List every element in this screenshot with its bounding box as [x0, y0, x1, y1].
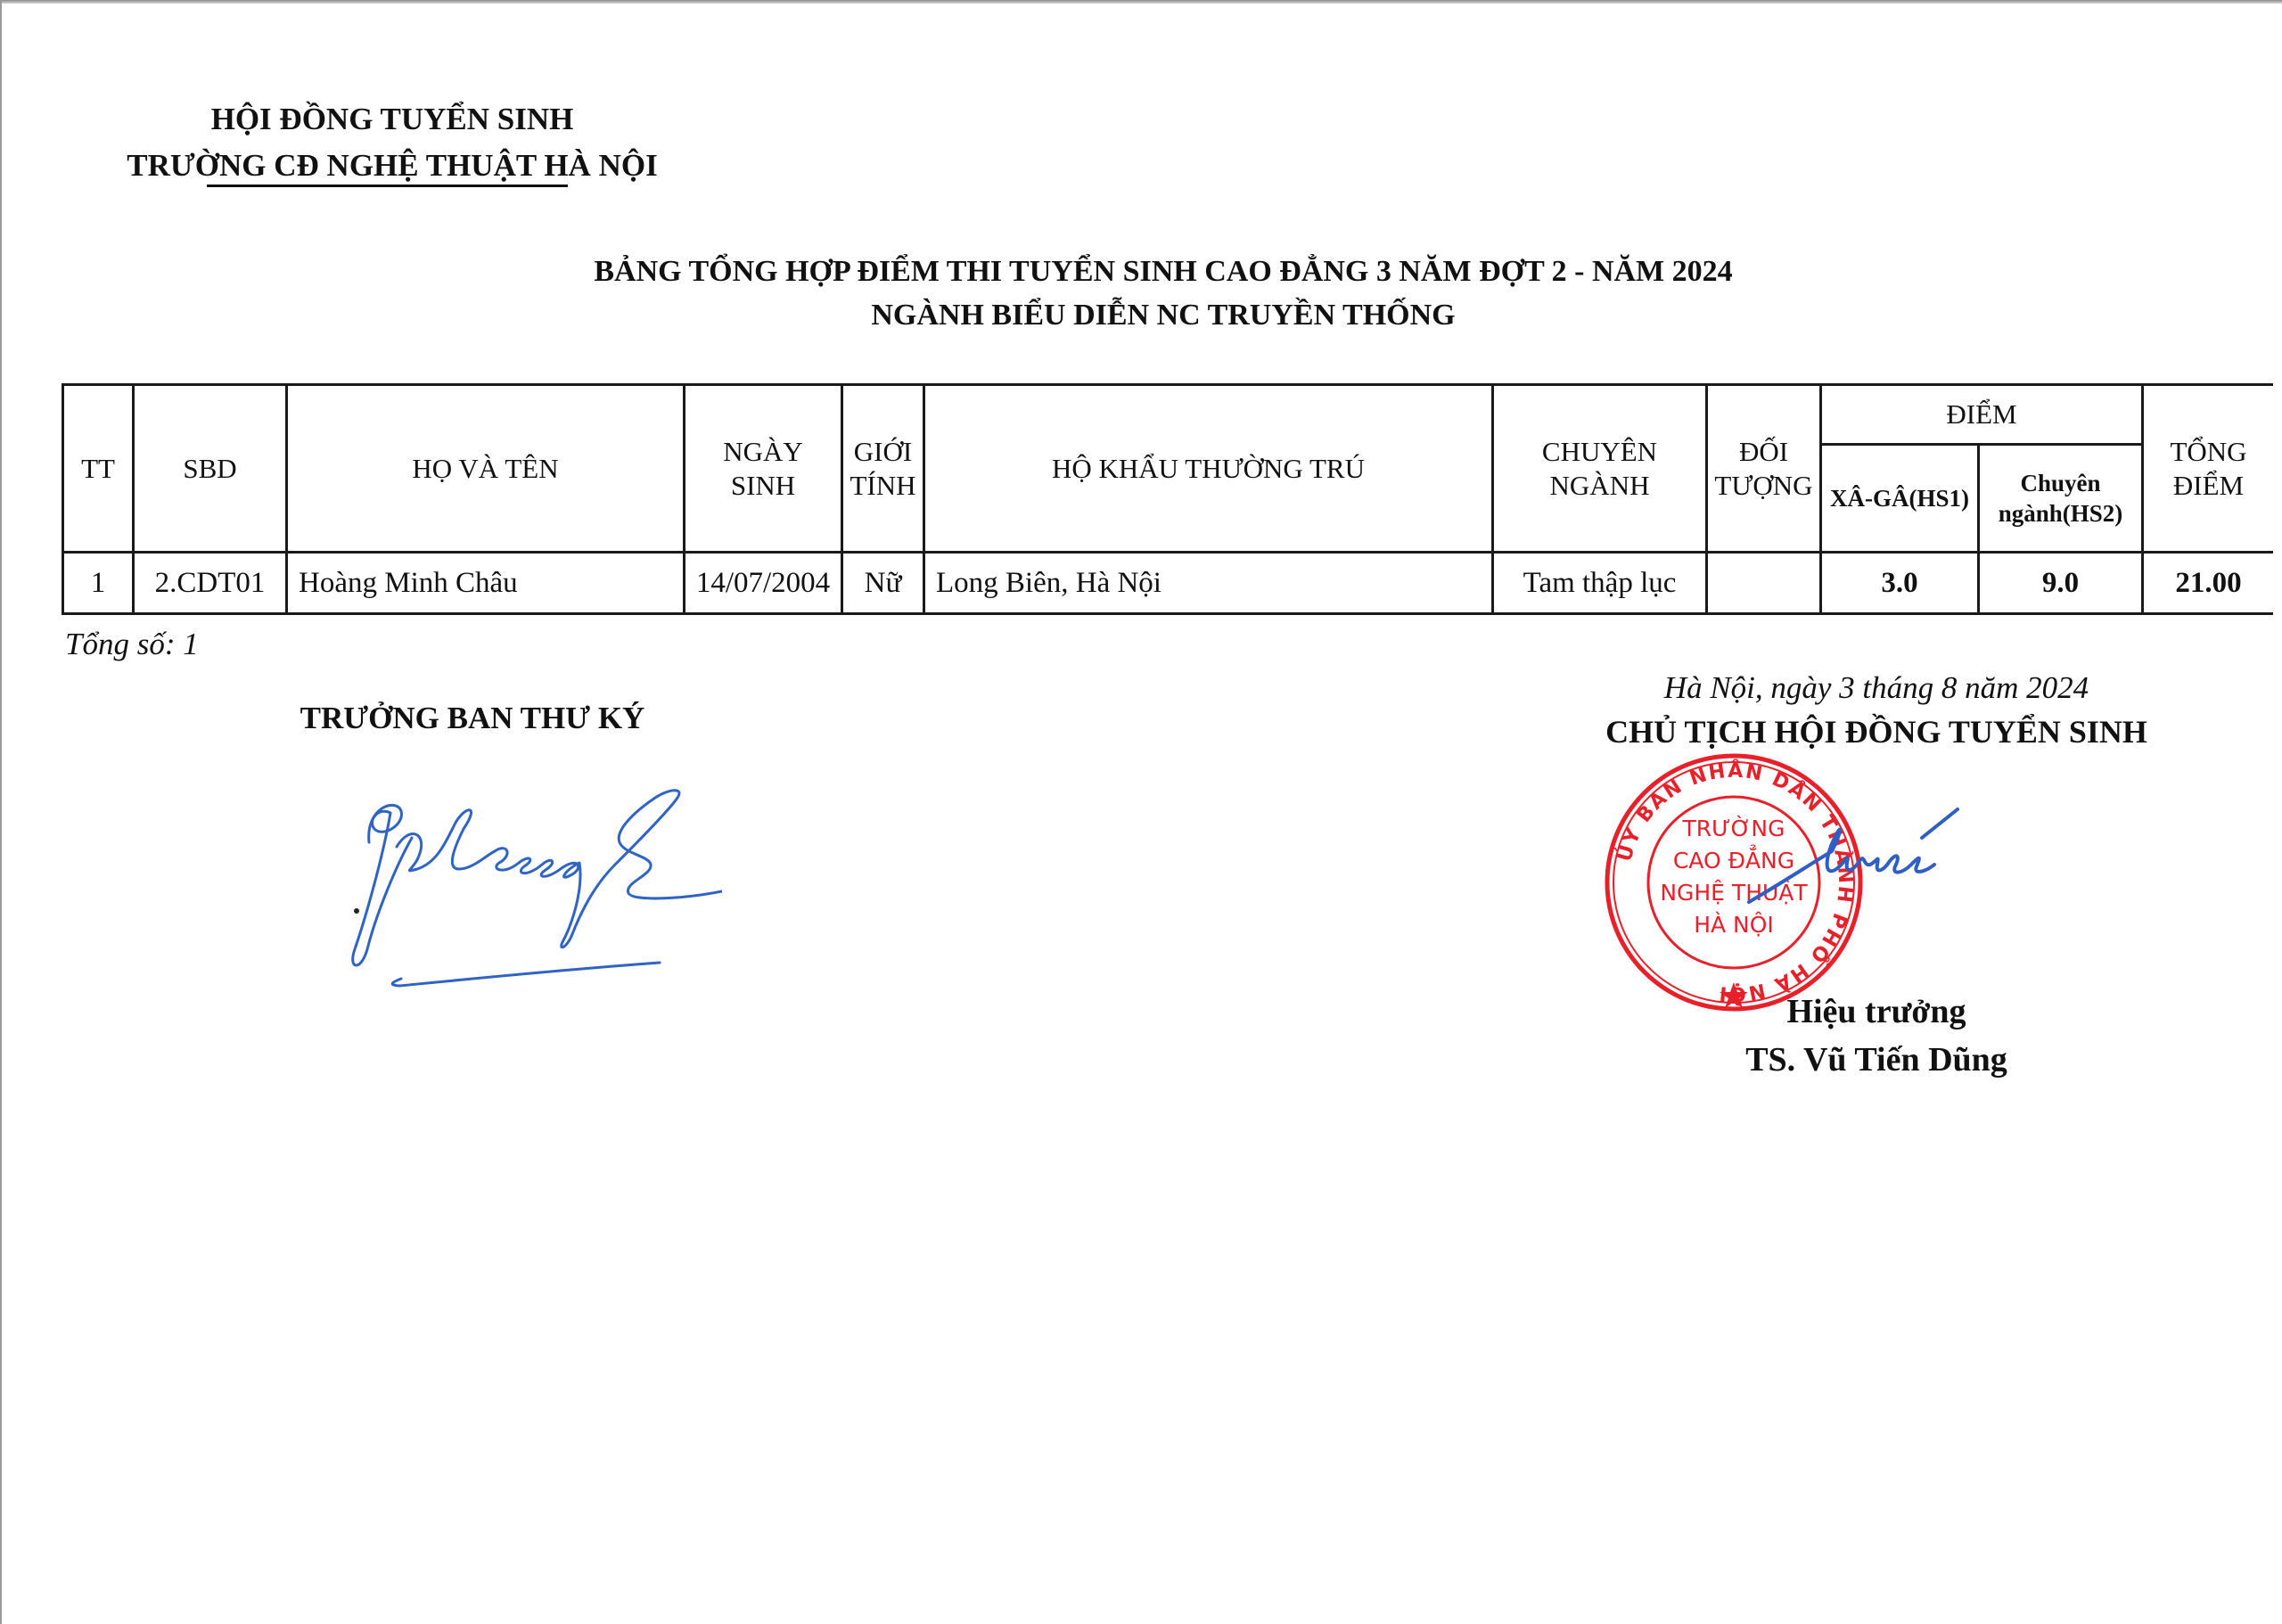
secretary-signature-icon	[312, 758, 722, 989]
col-header-score2-line2: ngành(HS2)	[1980, 498, 2141, 529]
cell-score2: 9.0	[1979, 553, 2143, 614]
header-underline	[207, 185, 568, 187]
official-position: Hiệu trưởng	[1658, 988, 2095, 1036]
school-name: TRƯỜNG CĐ NGHỆ THUẬT HÀ NỘI	[116, 143, 669, 189]
col-header-major-line2: NGÀNH	[1494, 469, 1705, 503]
cell-address: Long Biên, Hà Nội	[924, 553, 1493, 614]
organization-header: HỘI ĐỒNG TUYỂN SINH TRƯỜNG CĐ NGHỆ THUẬT…	[116, 96, 669, 189]
col-header-object: ĐỐI TƯỢNG	[1707, 385, 1821, 553]
table-header-row: TT SBD HỌ VÀ TÊN NGÀY SINH GIỚI TÍNH HỘ …	[63, 385, 2274, 445]
results-table: TT SBD HỌ VÀ TÊN NGÀY SINH GIỚI TÍNH HỘ …	[62, 383, 2273, 615]
scan-edge-left	[0, 0, 2, 1624]
table-row: 1 2.CDT01 Hoàng Minh Châu 14/07/2004 Nữ …	[63, 553, 2274, 614]
col-header-dob-line2: SINH	[685, 469, 841, 503]
col-header-dob: NGÀY SINH	[685, 385, 842, 553]
cell-sex: Nữ	[842, 553, 924, 614]
cell-tt: 1	[63, 553, 134, 614]
cell-dob: 14/07/2004	[685, 553, 842, 614]
official-block: Hiệu trưởng TS. Vũ Tiến Dũng	[1658, 988, 2095, 1084]
col-header-total-line1: TỔNG	[2144, 435, 2273, 469]
col-header-score-group: ĐIỂM	[1821, 385, 2143, 445]
col-header-total-line2: ĐIỂM	[2144, 469, 2273, 503]
cell-score1: 3.0	[1821, 553, 1979, 614]
col-header-name: HỌ VÀ TÊN	[287, 385, 685, 553]
col-header-address: HỘ KHẨU THƯỜNG TRÚ	[924, 385, 1493, 553]
cell-name: Hoàng Minh Châu	[287, 553, 685, 614]
col-header-sex-line2: TÍNH	[843, 469, 923, 503]
col-header-object-line2: TƯỢNG	[1708, 469, 1819, 503]
chairman-block: Hà Nội, ngày 3 tháng 8 năm 2024 CHỦ TỊCH…	[1551, 667, 2202, 754]
col-header-sex-line1: GIỚI	[843, 435, 923, 469]
col-header-dob-line1: NGÀY	[685, 435, 841, 469]
stamp-inner-line-4: HÀ NỘI	[1694, 911, 1774, 938]
cell-sbd: 2.CDT01	[134, 553, 287, 614]
official-name: TS. Vũ Tiến Dũng	[1658, 1036, 2095, 1084]
col-header-score1: XÂ-GÂ(HS1)	[1821, 445, 1979, 553]
chairman-title: CHỦ TỊCH HỘI ĐỒNG TUYỂN SINH	[1551, 709, 2202, 754]
chairman-signature-icon	[1747, 802, 1970, 909]
document-title: BẢNG TỔNG HỢP ĐIỂM THI TUYỂN SINH CAO ĐẲ…	[267, 250, 2059, 337]
sign-date: Hà Nội, ngày 3 tháng 8 năm 2024	[1551, 667, 2202, 709]
col-header-tt: TT	[63, 385, 134, 553]
col-header-major: CHUYÊN NGÀNH	[1493, 385, 1707, 553]
col-header-major-line1: CHUYÊN	[1494, 435, 1705, 469]
col-header-sex: GIỚI TÍNH	[842, 385, 924, 553]
col-header-score2: Chuyên ngành(HS2)	[1979, 445, 2143, 553]
cell-object	[1707, 553, 1821, 614]
col-header-sbd: SBD	[134, 385, 287, 553]
col-header-object-line1: ĐỐI	[1708, 435, 1819, 469]
title-line-1: BẢNG TỔNG HỢP ĐIỂM THI TUYỂN SINH CAO ĐẲ…	[267, 250, 2059, 293]
council-name: HỘI ĐỒNG TUYỂN SINH	[116, 96, 669, 143]
scan-edge-top	[0, 0, 2282, 4]
col-header-total: TỔNG ĐIỂM	[2143, 385, 2274, 553]
col-header-score2-line1: Chuyên	[1980, 468, 2141, 498]
total-count: Tổng số: 1	[65, 627, 199, 662]
cell-major: Tam thập lục	[1493, 553, 1707, 614]
secretary-title: TRƯỞNG BAN THƯ KÝ	[250, 701, 695, 736]
cell-total: 21.00	[2143, 553, 2274, 614]
title-line-2: NGÀNH BIỂU DIỄN NC TRUYỀN THỐNG	[267, 293, 2059, 337]
